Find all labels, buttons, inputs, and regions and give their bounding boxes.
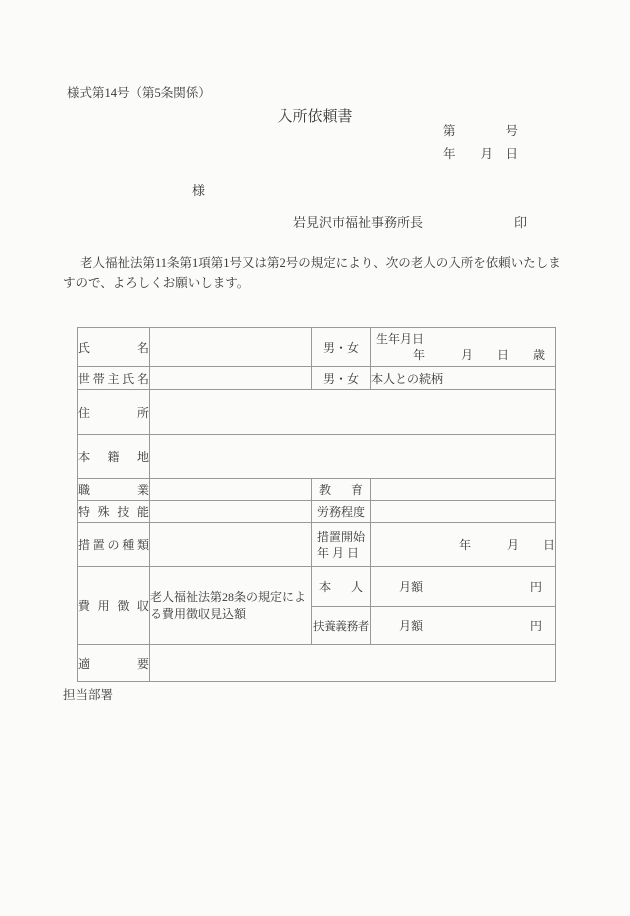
department-label: 担当部署: [63, 685, 113, 703]
birthdate-cell: 生年月日 年 月 日 歳: [371, 328, 556, 367]
label-sex: 男・女: [312, 328, 371, 367]
admission-form-table: 氏名 男・女 生年月日 年 月 日 歳 世帯主氏名 男・女 本人との続柄 住所: [77, 327, 556, 682]
page-title: 入所依頼書: [0, 105, 630, 126]
dependent-amount-cell: 月額 円: [371, 607, 556, 645]
cost-note-cell: 老人福祉法第28条の規定による費用徴収見込額: [150, 567, 312, 645]
measure-type-value-cell: [150, 523, 312, 567]
label-sex-2: 男・女: [312, 367, 371, 390]
label-monthly-amount: 月額: [399, 578, 423, 595]
registered-domicile-value-cell: [150, 435, 556, 479]
measure-date-fields: 年 月 日: [371, 523, 556, 567]
measure-start-line1: 措置開始: [317, 529, 370, 545]
person-amount-cell: 月額 円: [371, 567, 556, 607]
addressee-suffix: 様: [192, 180, 205, 199]
label-occupation: 職業: [78, 479, 150, 501]
label-yen-2: 円: [530, 617, 542, 634]
birthdate-fields: 年 月 日 歳: [371, 347, 555, 363]
label-name: 氏名: [78, 328, 150, 367]
remarks-value-cell: [150, 645, 556, 682]
label-remarks: 適要: [78, 645, 150, 682]
label-cost-collection: 費用徴収: [78, 567, 150, 645]
label-special-skills: 特殊技能: [78, 501, 150, 523]
body-paragraph: 老人福祉法第11条第1項第1号又は第2号の規定により、次の老人の入所を依頼いたし…: [63, 253, 568, 293]
label-monthly-amount-2: 月額: [399, 617, 423, 634]
household-head-value-cell: [150, 367, 312, 390]
label-address: 住所: [78, 390, 150, 435]
issuer-line: 岩見沢市福祉事務所長 印: [293, 212, 527, 231]
education-value-cell: [371, 479, 556, 501]
label-birthdate: 生年月日: [371, 331, 555, 347]
seal-mark: 印: [514, 212, 527, 231]
label-household-head: 世帯主氏名: [78, 367, 150, 390]
labor-capacity-value-cell: [371, 501, 556, 523]
label-relation: 本人との続柄: [371, 367, 556, 390]
label-measure-start-date: 措置開始 年 月 日: [312, 523, 371, 567]
label-registered-domicile: 本籍地: [78, 435, 150, 479]
label-education: 教育: [312, 479, 371, 501]
address-value-cell: [150, 390, 556, 435]
label-labor-capacity: 労務程度: [312, 501, 371, 523]
label-dependent: 扶養義務者: [312, 607, 371, 645]
issuer-title: 岩見沢市福祉事務所長: [293, 212, 423, 231]
label-person: 本人: [312, 567, 371, 607]
label-measure-type: 措置の種類: [78, 523, 150, 567]
doc-number-line: 第 号: [443, 121, 518, 139]
document-page: 様式第14号（第5条関係） 入所依頼書 第 号 年 月 日 様 岩見沢市福祉事務…: [0, 0, 630, 916]
label-yen: 円: [530, 578, 542, 595]
form-number: 様式第14号（第5条関係）: [67, 83, 211, 101]
doc-date-line: 年 月 日: [443, 144, 518, 162]
name-value-cell: [150, 328, 312, 367]
special-skills-value-cell: [150, 501, 312, 523]
measure-start-line2: 年 月 日: [317, 545, 370, 561]
occupation-value-cell: [150, 479, 312, 501]
